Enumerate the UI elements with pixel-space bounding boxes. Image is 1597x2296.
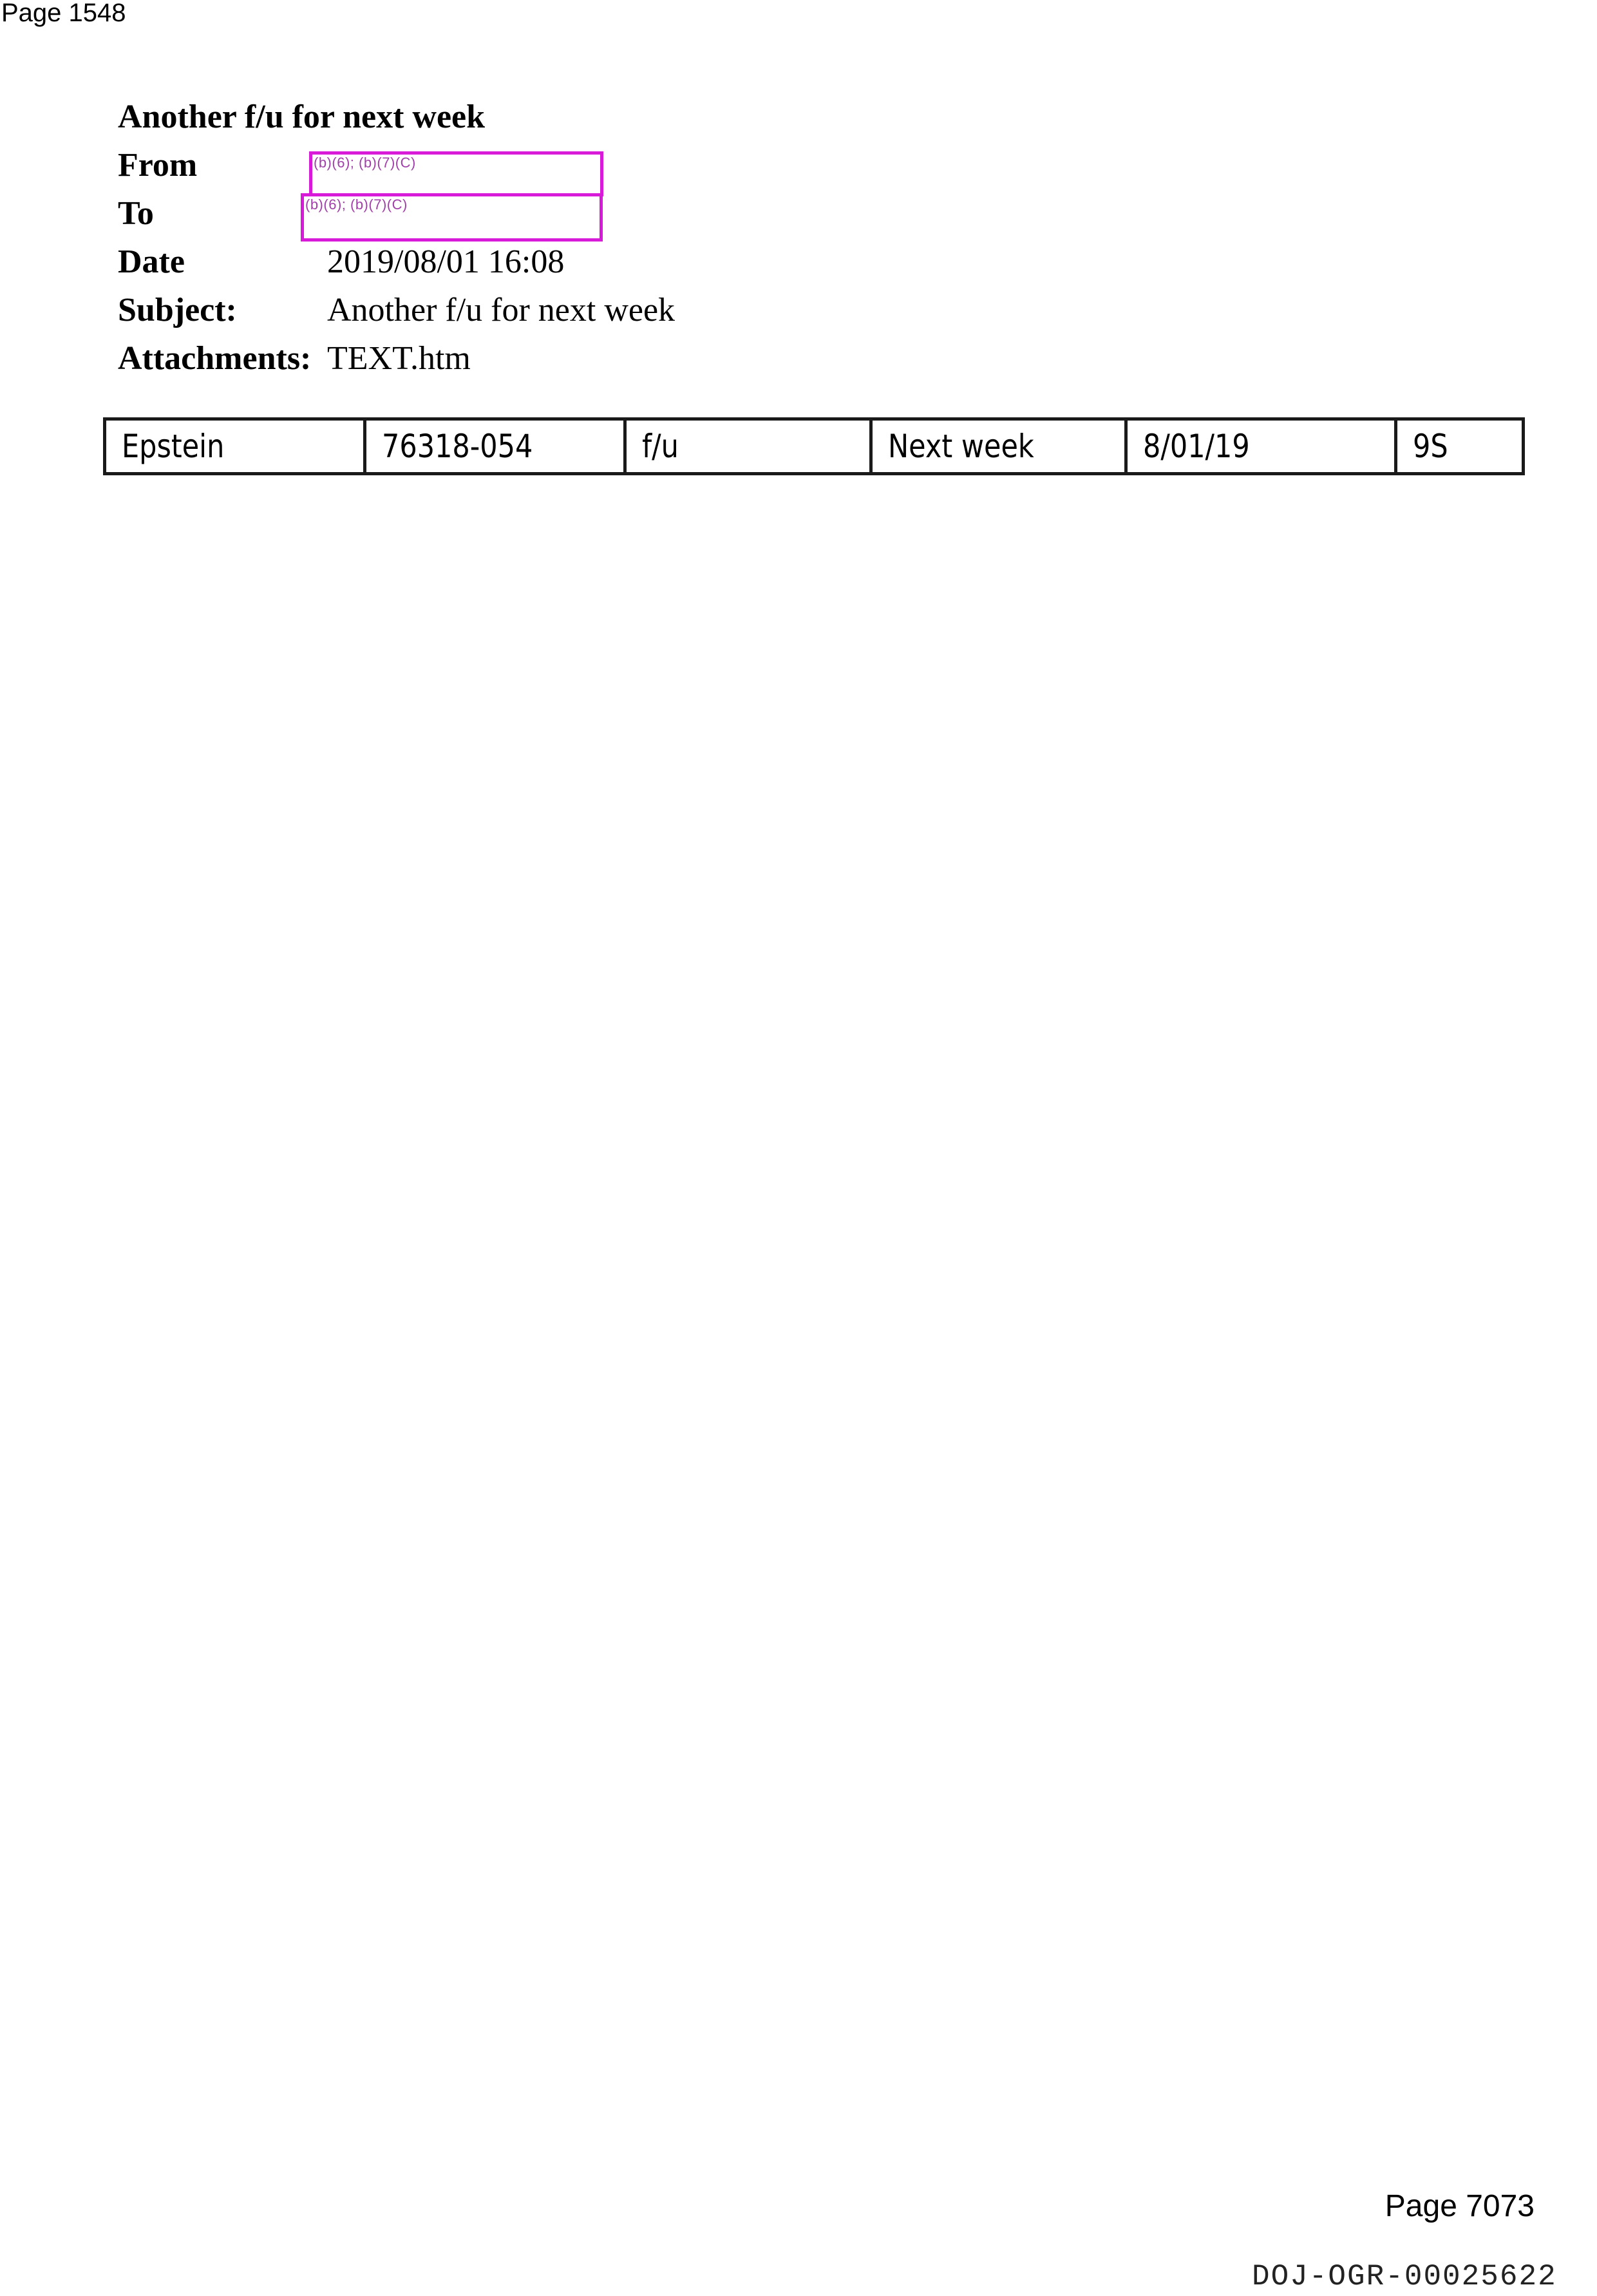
cell-date: 8/01/19 [1126, 419, 1396, 474]
source-page-number: Page 1548 [1, 0, 126, 28]
cell-timeframe: Next week [871, 419, 1126, 474]
subject-value: Another f/u for next week [327, 291, 675, 329]
subject-label: Subject: [118, 291, 237, 329]
date-label: Date [118, 243, 185, 281]
email-title: Another f/u for next week [118, 98, 485, 136]
table-row: Epstein 76318-054 f/u Next week 8/01/19 … [105, 419, 1524, 474]
attachments-label: Attachments: [118, 339, 311, 377]
cell-unit: 9S [1396, 419, 1524, 474]
to-redaction-box: (b)(6); (b)(7)(C) [301, 193, 603, 242]
to-redaction-code: (b)(6); (b)(7)(C) [305, 196, 408, 213]
attachments-value: TEXT.htm [327, 339, 471, 377]
from-label: From [118, 146, 197, 184]
bates-number: DOJ-OGR-00025622 [1252, 2260, 1557, 2293]
record-table: Epstein 76318-054 f/u Next week 8/01/19 … [103, 417, 1525, 475]
date-value: 2019/08/01 16:08 [327, 243, 564, 281]
cell-action: f/u [625, 419, 871, 474]
cell-register-number: 76318-054 [365, 419, 625, 474]
to-label: To [118, 194, 154, 232]
from-redaction-code: (b)(6); (b)(7)(C) [314, 155, 416, 171]
production-page-number: Page 7073 [1385, 2188, 1535, 2224]
from-redaction-box: (b)(6); (b)(7)(C) [309, 151, 603, 196]
cell-name: Epstein [105, 419, 365, 474]
